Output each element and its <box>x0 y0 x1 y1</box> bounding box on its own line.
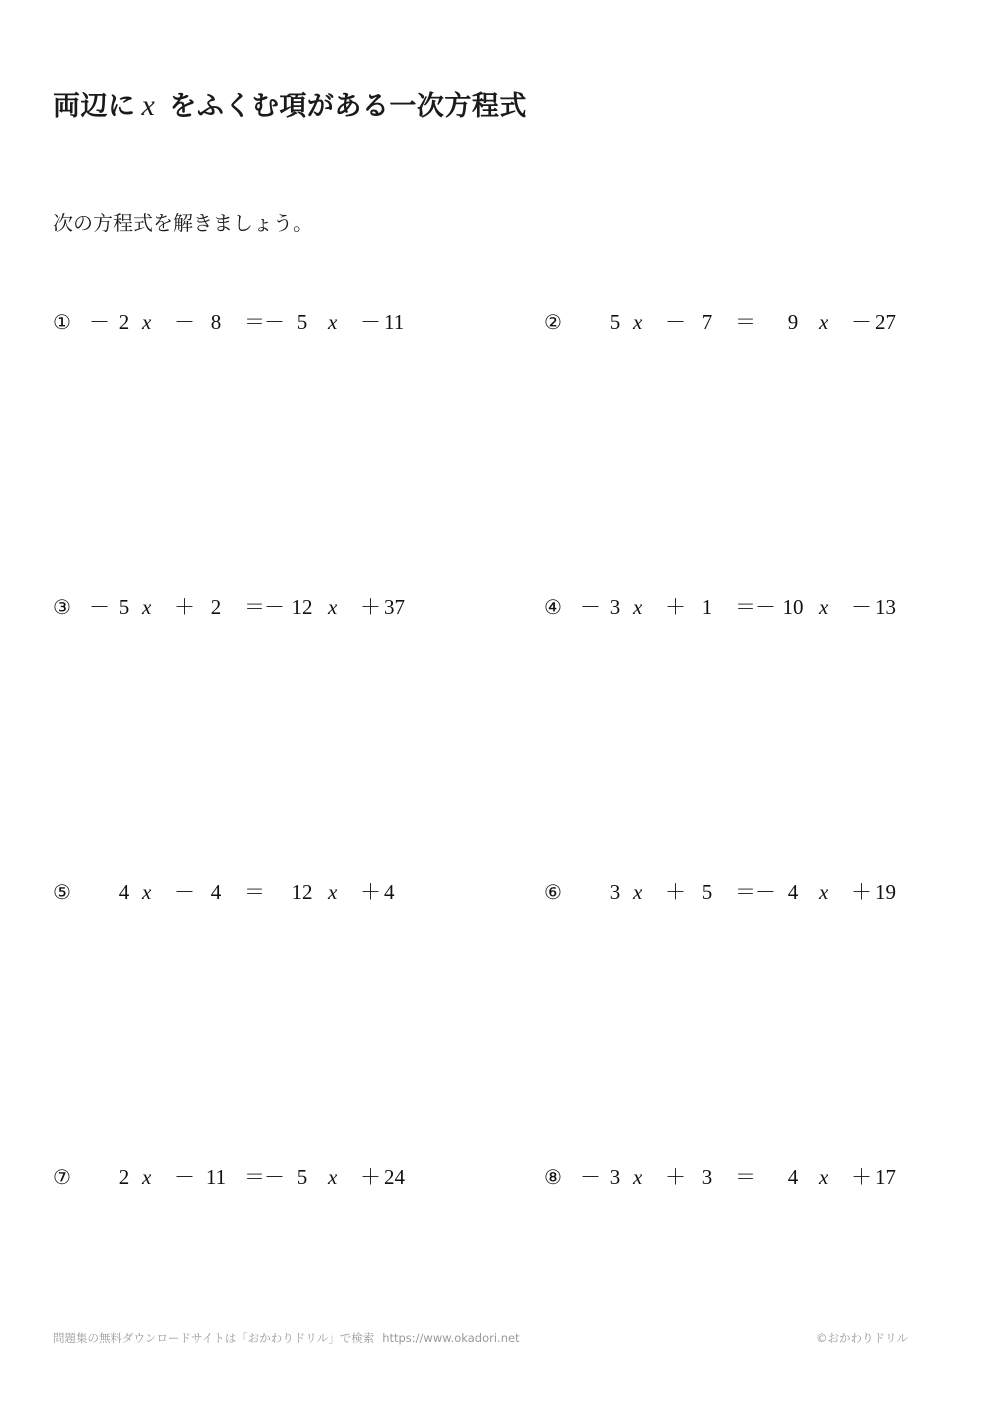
footer-url-link[interactable]: https://www.okadori.net <box>382 1331 519 1345</box>
lhs-variable: x <box>142 877 151 907</box>
lhs-operator: － <box>174 1162 194 1192</box>
lhs-operator: ＋ <box>665 1162 685 1192</box>
rhs-operator: ＋ <box>360 1162 380 1192</box>
rhs-operator: － <box>851 592 871 622</box>
lhs-coefficient: 4 <box>111 877 137 907</box>
page-title: 両辺にxをふくむ項がある一次方程式 <box>53 86 527 127</box>
equals-sign: ＝ <box>244 592 260 622</box>
lhs-constant: 4 <box>203 877 229 907</box>
rhs-constant: 37 <box>384 592 405 622</box>
equals-sign: ＝ <box>244 307 260 337</box>
lhs-operator: － <box>665 307 685 337</box>
rhs-constant: 27 <box>875 307 896 337</box>
problem-number: ③ <box>53 592 71 622</box>
lhs-variable: x <box>633 307 642 337</box>
title-variable: x <box>142 89 156 122</box>
lhs-constant: 11 <box>203 1162 229 1192</box>
lhs-operator: － <box>174 877 194 907</box>
rhs-coefficient: 5 <box>289 307 315 337</box>
rhs-operator: ＋ <box>360 877 380 907</box>
lhs-constant: 1 <box>694 592 720 622</box>
lhs-variable: x <box>142 592 151 622</box>
problem-3: ③ － 5 x ＋ 2 ＝ － 12 x ＋ 37 <box>53 592 433 622</box>
lhs-variable: x <box>633 1162 642 1192</box>
rhs-variable: x <box>328 1162 337 1192</box>
rhs-variable: x <box>328 877 337 907</box>
lhs-operator: ＋ <box>665 877 685 907</box>
lhs-coefficient: 5 <box>111 592 137 622</box>
rhs-sign: － <box>755 877 775 907</box>
lhs-constant: 2 <box>203 592 229 622</box>
rhs-constant: 4 <box>384 877 395 907</box>
footer-search-hint: 問題集の無料ダウンロードサイトは「おかわりドリル」で検索 <box>53 1331 374 1345</box>
equals-sign: ＝ <box>735 1162 751 1192</box>
rhs-operator: － <box>360 307 380 337</box>
equals-sign: ＝ <box>735 592 751 622</box>
rhs-variable: x <box>819 1162 828 1192</box>
rhs-coefficient: 4 <box>780 1162 806 1192</box>
lhs-sign: － <box>580 592 600 622</box>
rhs-constant: 19 <box>875 877 896 907</box>
rhs-coefficient: 12 <box>289 877 315 907</box>
lhs-variable: x <box>633 592 642 622</box>
problem-number: ⑥ <box>544 877 562 907</box>
lhs-constant: 3 <box>694 1162 720 1192</box>
equals-sign: ＝ <box>244 1162 260 1192</box>
lhs-variable: x <box>142 1162 151 1192</box>
rhs-operator: － <box>851 307 871 337</box>
problem-number: ② <box>544 307 562 337</box>
footer-copyright: ©おかわりドリル <box>816 1330 908 1346</box>
problem-5: ⑤ 4 x － 4 ＝ 12 x ＋ 4 <box>53 877 433 907</box>
rhs-coefficient: 4 <box>780 877 806 907</box>
rhs-variable: x <box>819 877 828 907</box>
lhs-variable: x <box>142 307 151 337</box>
problem-number: ⑦ <box>53 1162 71 1192</box>
lhs-operator: － <box>174 307 194 337</box>
rhs-sign: － <box>755 592 775 622</box>
problem-1: ① － 2 x － 8 ＝ － 5 x － 11 <box>53 307 433 337</box>
rhs-constant: 17 <box>875 1162 896 1192</box>
title-text-before: 両辺に <box>53 91 136 122</box>
lhs-coefficient: 3 <box>602 877 628 907</box>
lhs-sign: － <box>89 592 109 622</box>
lhs-constant: 5 <box>694 877 720 907</box>
lhs-coefficient: 3 <box>602 592 628 622</box>
problem-number: ⑧ <box>544 1162 562 1192</box>
title-text-after: をふくむ項がある一次方程式 <box>169 91 527 122</box>
rhs-constant: 11 <box>384 307 404 337</box>
lhs-coefficient: 5 <box>602 307 628 337</box>
equals-sign: ＝ <box>735 877 751 907</box>
problem-8: ⑧ － 3 x ＋ 3 ＝ 4 x ＋ 17 <box>544 1162 924 1192</box>
rhs-variable: x <box>819 307 828 337</box>
rhs-constant: 24 <box>384 1162 405 1192</box>
lhs-operator: ＋ <box>174 592 194 622</box>
equals-sign: ＝ <box>735 307 751 337</box>
rhs-operator: ＋ <box>851 1162 871 1192</box>
lhs-coefficient: 3 <box>602 1162 628 1192</box>
lhs-coefficient: 2 <box>111 1162 137 1192</box>
equals-sign: ＝ <box>244 877 260 907</box>
problem-7: ⑦ 2 x － 11 ＝ － 5 x ＋ 24 <box>53 1162 433 1192</box>
rhs-constant: 13 <box>875 592 896 622</box>
lhs-coefficient: 2 <box>111 307 137 337</box>
lhs-sign: － <box>89 307 109 337</box>
rhs-operator: ＋ <box>851 877 871 907</box>
rhs-sign: － <box>264 592 284 622</box>
rhs-operator: ＋ <box>360 592 380 622</box>
problem-number: ⑤ <box>53 877 71 907</box>
problem-6: ⑥ 3 x ＋ 5 ＝ － 4 x ＋ 19 <box>544 877 924 907</box>
problem-number: ① <box>53 307 71 337</box>
problem-2: ② 5 x － 7 ＝ 9 x － 27 <box>544 307 924 337</box>
problem-number: ④ <box>544 592 562 622</box>
lhs-variable: x <box>633 877 642 907</box>
rhs-coefficient: 12 <box>289 592 315 622</box>
instruction-text: 次の方程式を解きましょう。 <box>53 208 313 238</box>
rhs-coefficient: 5 <box>289 1162 315 1192</box>
problem-4: ④ － 3 x ＋ 1 ＝ － 10 x － 13 <box>544 592 924 622</box>
lhs-constant: 8 <box>203 307 229 337</box>
lhs-sign: － <box>580 1162 600 1192</box>
rhs-coefficient: 10 <box>780 592 806 622</box>
rhs-coefficient: 9 <box>780 307 806 337</box>
rhs-sign: － <box>264 1162 284 1192</box>
rhs-sign: － <box>264 307 284 337</box>
footer-notice: 問題集の無料ダウンロードサイトは「おかわりドリル」で検索https://www.… <box>53 1330 520 1346</box>
rhs-variable: x <box>328 592 337 622</box>
rhs-variable: x <box>328 307 337 337</box>
lhs-operator: ＋ <box>665 592 685 622</box>
lhs-constant: 7 <box>694 307 720 337</box>
rhs-variable: x <box>819 592 828 622</box>
